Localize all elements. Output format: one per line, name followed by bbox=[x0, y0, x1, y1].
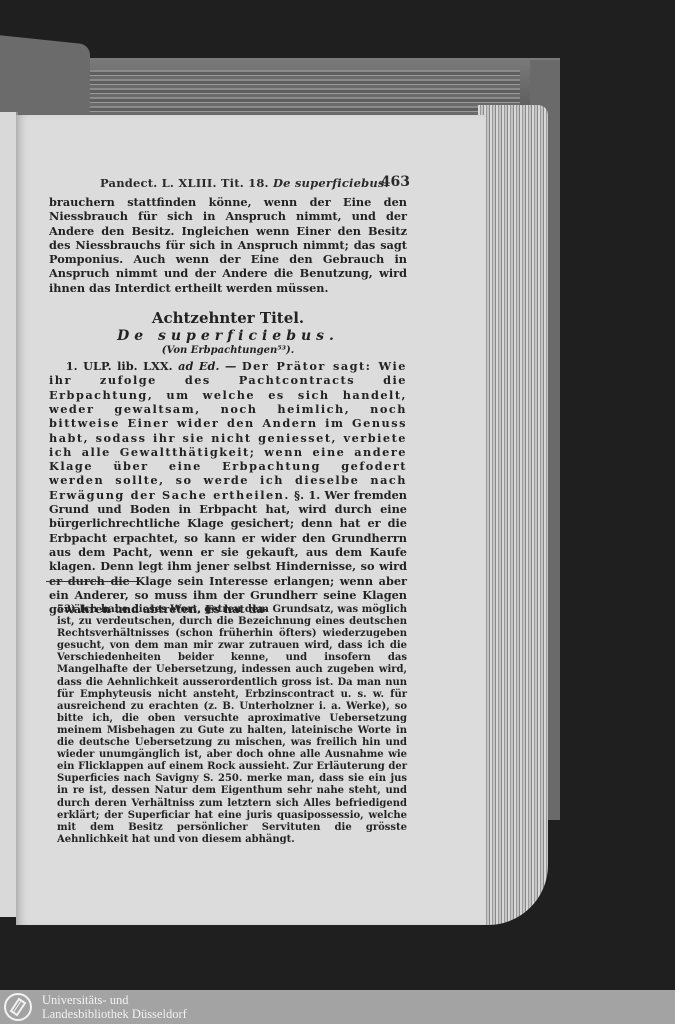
scan-background: Pandect. L. XLIII. Tit. 18. De superfici… bbox=[0, 0, 675, 990]
page-edges-side bbox=[478, 105, 548, 925]
footnote-divider bbox=[46, 581, 142, 582]
paragraph-text: §. 1. Wer fremden Grund und Boden in Erb… bbox=[49, 488, 407, 616]
library-footer: Universitäts- und Landesbibliothek Düsse… bbox=[0, 990, 675, 1024]
spaced-quotation: Der Prätor sagt: Wie ihr zufolge des Pac… bbox=[49, 359, 407, 502]
section-title: Achtzehnter Titel. bbox=[49, 309, 407, 327]
footnote: 53) Ich habe dieses Wort, getreu dem Gru… bbox=[57, 604, 407, 846]
library-name-line1: Universitäts- und bbox=[42, 993, 187, 1007]
section-subtitle: De superficiebus. bbox=[49, 327, 407, 345]
book-logo-icon[interactable] bbox=[4, 993, 32, 1021]
footnote-text: Ich habe dieses Wort, getreu dem Grundsa… bbox=[57, 604, 407, 845]
main-paragraph: 1. ULP. lib. LXX. ad Ed. — Der Prätor sa… bbox=[49, 359, 407, 616]
running-header: Pandect. L. XLIII. Tit. 18. De superfici… bbox=[100, 176, 410, 190]
running-title: Pandect. L. XLIII. Tit. 18. De superfici… bbox=[100, 176, 389, 190]
book-cover-flap bbox=[0, 35, 90, 122]
opening-paragraph: brauchern stattfinden könne, wenn der Ei… bbox=[49, 195, 407, 295]
page-number: 463 bbox=[381, 174, 410, 190]
section-note: (Von Erbpachtungen⁵³). bbox=[49, 345, 407, 357]
citation: 1. ULP. lib. LXX. bbox=[66, 359, 173, 373]
library-name[interactable]: Universitäts- und Landesbibliothek Düsse… bbox=[42, 993, 187, 1021]
page-body: brauchern stattfinden könne, wenn der Ei… bbox=[49, 195, 407, 616]
library-name-line2: Landesbibliothek Düsseldorf bbox=[42, 1007, 187, 1021]
footnote-number: 53) bbox=[57, 604, 76, 615]
citation-italic: ad Ed. — bbox=[178, 359, 236, 373]
